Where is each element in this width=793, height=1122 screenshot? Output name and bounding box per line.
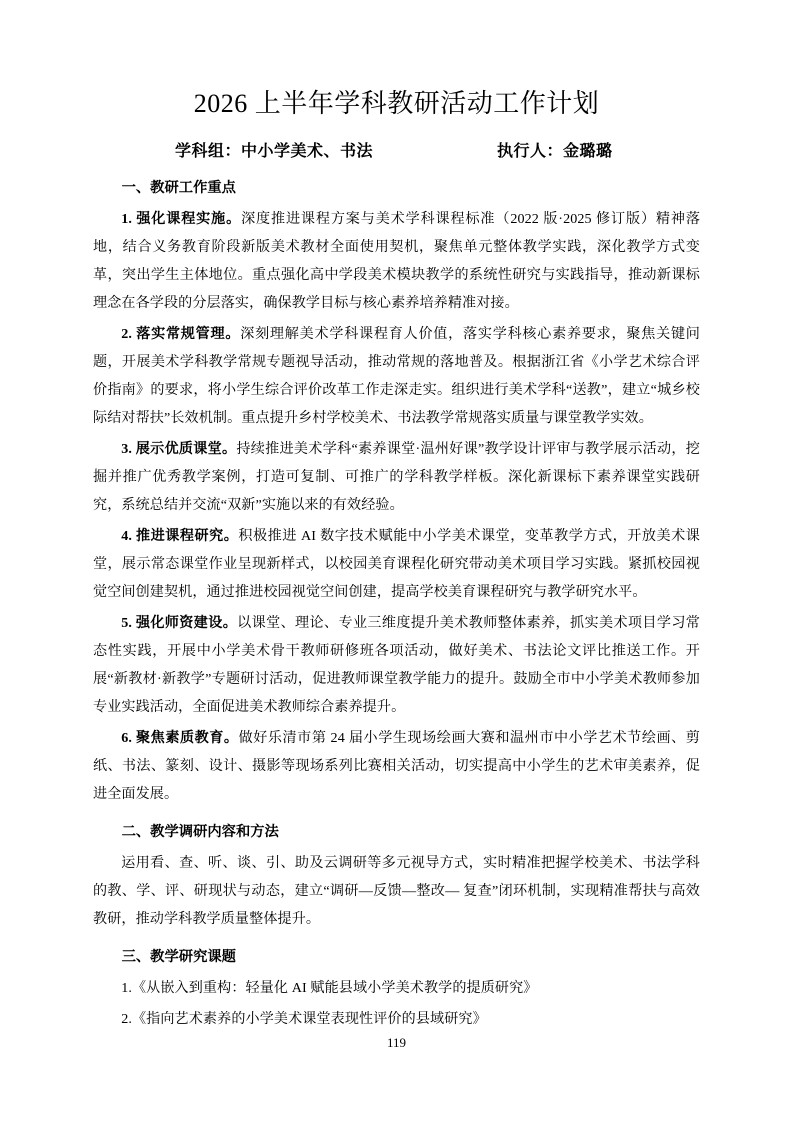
work-focus-paragraph-4: 4. 推进课程研究。积极推进 AI 数字技术赋能中小学美术课堂，变革教学方式，开… [93, 522, 700, 606]
work-focus-paragraph-2: 2. 落实常规管理。深刻理解美术学科课程育人价值，落实学科核心素养要求，聚焦关键… [93, 320, 700, 432]
research-topic-2: 2.《指向艺术素养的小学美术课堂表现性评价的县域研究》 [93, 1005, 700, 1033]
work-focus-paragraph-1: 1. 强化课程实施。深度推进课程方案与美术学科课程标准（2022 版·2025 … [93, 205, 700, 317]
document-meta-row: 学科组：中小学美术、书法 执行人：金璐璐 [93, 140, 700, 164]
paragraph-1-lead: 1. 强化课程实施。 [121, 211, 241, 227]
section-heading-survey-methods: 二、教学调研内容和方法 [93, 818, 700, 846]
survey-methods-paragraph: 运用看、查、听、谈、引、助及云调研等多元视导方式，实时精准把握学校美术、书法学科… [93, 849, 700, 933]
section-heading-research-topics: 三、教学研究课题 [93, 943, 700, 971]
document-page: 2026 上半年学科教研活动工作计划 学科组：中小学美术、书法 执行人：金璐璐 … [0, 0, 793, 1122]
paragraph-4-lead: 4. 推进课程研究。 [121, 528, 238, 544]
survey-methods-body: 运用看、查、听、谈、引、助及云调研等多元视导方式，实时精准把握学校美术、书法学科… [93, 855, 700, 927]
paragraph-3-lead: 3. 展示优质课堂。 [121, 441, 236, 457]
section-heading-work-focus: 一、教研工作重点 [93, 174, 700, 202]
work-focus-paragraph-5: 5. 强化师资建设。以课堂、理论、专业三维度提升美术教师整体素养，抓实美术项目学… [93, 609, 700, 721]
paragraph-5-lead: 5. 强化师资建设。 [121, 615, 237, 631]
work-focus-paragraph-3: 3. 展示优质课堂。持续推进美术学科“素养课堂·温州好课”教学设计评审与教学展示… [93, 435, 700, 519]
subject-group-label: 学科组：中小学美术、书法 [175, 140, 373, 164]
page-number: 119 [0, 1035, 793, 1050]
work-focus-paragraph-6: 6. 聚焦素质教育。做好乐清市第 24 届小学生现场绘画大赛和温州市中小学艺术节… [93, 724, 700, 808]
document-title: 2026 上半年学科教研活动工作计划 [93, 0, 700, 121]
executor-label: 执行人：金璐璐 [497, 140, 613, 164]
paragraph-6-lead: 6. 聚焦素质教育。 [121, 730, 238, 746]
paragraph-2-lead: 2. 落实常规管理。 [121, 326, 240, 342]
research-topic-1: 1.《从嵌入到重构：轻量化 AI 赋能县域小学美术教学的提质研究》 [93, 974, 700, 1002]
